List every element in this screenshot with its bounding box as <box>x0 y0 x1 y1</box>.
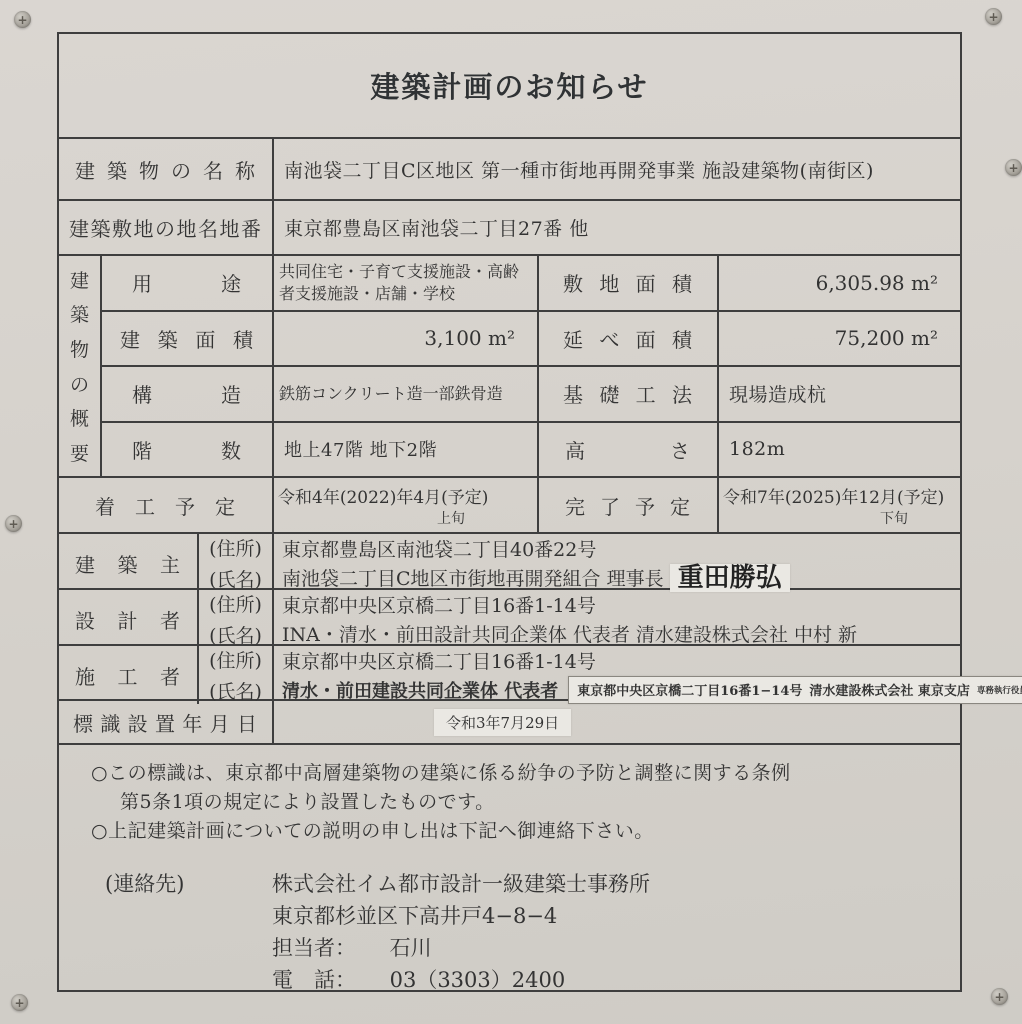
contact-label: (連絡先) <box>105 868 272 996</box>
floors-value: 地上47階 地下2階 <box>274 436 447 462</box>
site-area-label: 敷地面積 <box>539 268 717 297</box>
row-contractor: 施工者 (住所) (氏名) 東京都中央区京橋二丁目16番1-14号 清水・前田建… <box>59 644 960 699</box>
row-designer: 設計者 (住所) (氏名) 東京都中央区京橋二丁目16番1-14号 INA・清水… <box>59 588 960 644</box>
note-line-2: 第5条1項の規定により設置したものです。 <box>91 788 960 817</box>
contractor-name: 清水・前田建設共同企業体 代表者 <box>282 677 558 703</box>
note-line-1: ○この標識は、東京都中高層建築物の建築に係る紛争の予防と調整に関する条例 <box>91 759 960 788</box>
row-structure: 構造 鉄筋コンクリート造一部鉄骨造 基礎工法 現場造成杭 <box>102 365 960 421</box>
contact-phone: 03（3303）2400 <box>390 968 566 992</box>
floor-area-label: 延べ面積 <box>539 324 717 353</box>
site-value-cell: 東京都豊島区南池袋二丁目27番 他 <box>272 201 960 254</box>
page-title: 建築計画のお知らせ <box>370 65 648 106</box>
contractor-label: 施工者 <box>59 661 197 690</box>
owner-name: 南池袋二丁目C地区市街地再開発組合 理事長 <box>282 564 664 591</box>
height-label: 高さ <box>539 435 717 464</box>
designer-name: INA・清水・前田設計共同企業体 代表者 清水建設株式会社 中村 新 <box>282 620 952 647</box>
end-label: 完了予定 <box>539 491 717 520</box>
start-date: 令和4年(2022)年4月(予定) <box>274 483 537 508</box>
site-label-cell: 建築敷地の地名地番 <box>59 201 272 254</box>
contractor-addr: 東京都中央区京橋二丁目16番1-14号 <box>282 647 1022 674</box>
site-value: 東京都豊島区南池袋二丁目27番 他 <box>274 214 599 241</box>
foundation-value: 現場造成杭 <box>719 380 837 407</box>
building-name-value-cell: 南池袋二丁目C区地区 第一種市街地再開発事業 施設建築物(南街区) <box>272 139 960 199</box>
site-label: 建築敷地の地名地番 <box>59 213 272 242</box>
contractor-sticker-title: 専務執行役員支店長 <box>977 684 1022 696</box>
row-floors: 階数 地上47階 地下2階 高さ 182m <box>102 421 960 477</box>
owner-label: 建築主 <box>59 549 197 578</box>
row-use: 用途 共同住宅・子育て支援施設・高齢者支援施設・店舗・学校 敷地面積 6,305… <box>102 256 960 310</box>
note-line-3: ○上記建築計画についての説明の申し出は下記へ御連絡下さい。 <box>91 817 960 846</box>
contact-person-line: 担当者：石川 <box>272 932 650 964</box>
row-site-address: 建築敷地の地名地番 東京都豊島区南池袋二丁目27番 他 <box>59 199 960 254</box>
owner-name-label: (氏名) <box>209 565 262 592</box>
screw-icon <box>991 988 1008 1005</box>
contractor-name-label: (氏名) <box>209 677 262 704</box>
building-area-label: 建築面積 <box>102 324 272 353</box>
owner-addr-label: (住所) <box>209 534 262 561</box>
contact-person-label: 担当者： <box>272 936 356 960</box>
screw-icon <box>5 515 22 532</box>
end-date-sub: 下旬 <box>719 508 960 528</box>
designer-name-label: (氏名) <box>209 621 262 648</box>
contact-address: 東京都杉並区下高井戸4−8−4 <box>272 900 650 932</box>
contractor-sticker: 東京都中央区京橋二丁目16番1−14号 清水建設株式会社 東京支店 専務執行役員… <box>568 676 1022 704</box>
building-area-unit: m² <box>488 326 515 350</box>
sign-date-label: 標識設置年月日 <box>59 708 272 737</box>
screw-icon <box>14 11 31 28</box>
use-label: 用途 <box>102 268 272 297</box>
overview-body: 用途 共同住宅・子育て支援施設・高齢者支援施設・店舗・学校 敷地面積 6,305… <box>102 256 960 476</box>
site-area-unit: m² <box>911 271 938 295</box>
designer-addr: 東京都中央区京橋二丁目16番1-14号 <box>282 591 952 618</box>
owner-addr: 東京都豊島区南池袋二丁目40番22号 <box>282 535 952 562</box>
building-name-value: 南池袋二丁目C区地区 第一種市街地再開発事業 施設建築物(南街区) <box>274 156 884 183</box>
height-value: 182m <box>719 438 795 460</box>
contractor-sticker-company: 清水建設株式会社 東京支店 <box>809 680 970 699</box>
owner-name-sticker: 重田勝弘 <box>670 564 790 592</box>
contact-person: 石川 <box>390 936 432 960</box>
start-date-sub: 上旬 <box>274 508 537 528</box>
floors-label: 階数 <box>102 435 272 464</box>
floor-area-unit: m² <box>911 326 938 350</box>
contractor-addr-label: (住所) <box>209 646 262 673</box>
contact-phone-line: 電 話：03（3303）2400 <box>272 964 650 996</box>
contact-phone-label: 電 話： <box>272 968 356 992</box>
row-schedule: 着工予定 令和4年(2022)年4月(予定) 上旬 完了予定 令和7年(2025… <box>59 476 960 532</box>
sign-date-value: 令和3年7月29日 <box>434 709 571 736</box>
building-name-label-cell: 建築物の名称 <box>59 139 272 199</box>
notice-board: 建築計画のお知らせ 建築物の名称 南池袋二丁目C区地区 第一種市街地再開発事業 … <box>57 32 962 992</box>
start-label: 着工予定 <box>59 491 272 520</box>
row-building-area: 建築面積 3,100 m² 延べ面積 75,200 m² <box>102 310 960 366</box>
title-row: 建築計画のお知らせ <box>59 34 960 137</box>
overview-section: 建築 物の 概要 用途 共同住宅・子育て支援施設・高齢者支援施設・店舗・学校 敷… <box>59 254 960 476</box>
contact-company: 株式会社イム都市設計一級建築士事務所 <box>272 868 650 900</box>
screw-icon <box>11 994 28 1011</box>
foundation-label: 基礎工法 <box>539 379 717 408</box>
site-area-value: 6,305.98 <box>816 271 905 295</box>
contact-block: (連絡先) 株式会社イム都市設計一級建築士事務所 東京都杉並区下高井戸4−8−4… <box>59 868 960 996</box>
bottom-section: ○この標識は、東京都中高層建築物の建築に係る紛争の予防と調整に関する条例 第5条… <box>59 743 960 994</box>
designer-label: 設計者 <box>59 605 197 634</box>
row-building-name: 建築物の名称 南池袋二丁目C区地区 第一種市街地再開発事業 施設建築物(南街区) <box>59 137 960 199</box>
screw-icon <box>985 8 1002 25</box>
end-date: 令和7年(2025)年12月(予定) <box>719 483 960 508</box>
contractor-sticker-addr: 東京都中央区京橋二丁目16番1−14号 <box>577 680 802 699</box>
designer-addr-label: (住所) <box>209 590 262 617</box>
row-owner: 建築主 (住所) (氏名) 東京都豊島区南池袋二丁目40番22号 南池袋二丁目C… <box>59 532 960 588</box>
building-name-label: 建築物の名称 <box>59 155 272 184</box>
building-area-value: 3,100 <box>424 326 481 350</box>
structure-label: 構造 <box>102 379 272 408</box>
screw-icon <box>1005 159 1022 176</box>
structure-value: 鉄筋コンクリート造一部鉄骨造 <box>274 383 508 405</box>
use-value: 共同住宅・子育て支援施設・高齢者支援施設・店舗・学校 <box>274 261 537 304</box>
floor-area-value: 75,200 <box>835 326 905 350</box>
ordinance-notes: ○この標識は、東京都中高層建築物の建築に係る紛争の予防と調整に関する条例 第5条… <box>59 745 960 846</box>
contact-body: 株式会社イム都市設計一級建築士事務所 東京都杉並区下高井戸4−8−4 担当者：石… <box>272 868 650 996</box>
row-sign-date: 標識設置年月日 令和3年7月29日 <box>59 699 960 743</box>
overview-vertical-label: 建築 物の 概要 <box>59 256 102 476</box>
